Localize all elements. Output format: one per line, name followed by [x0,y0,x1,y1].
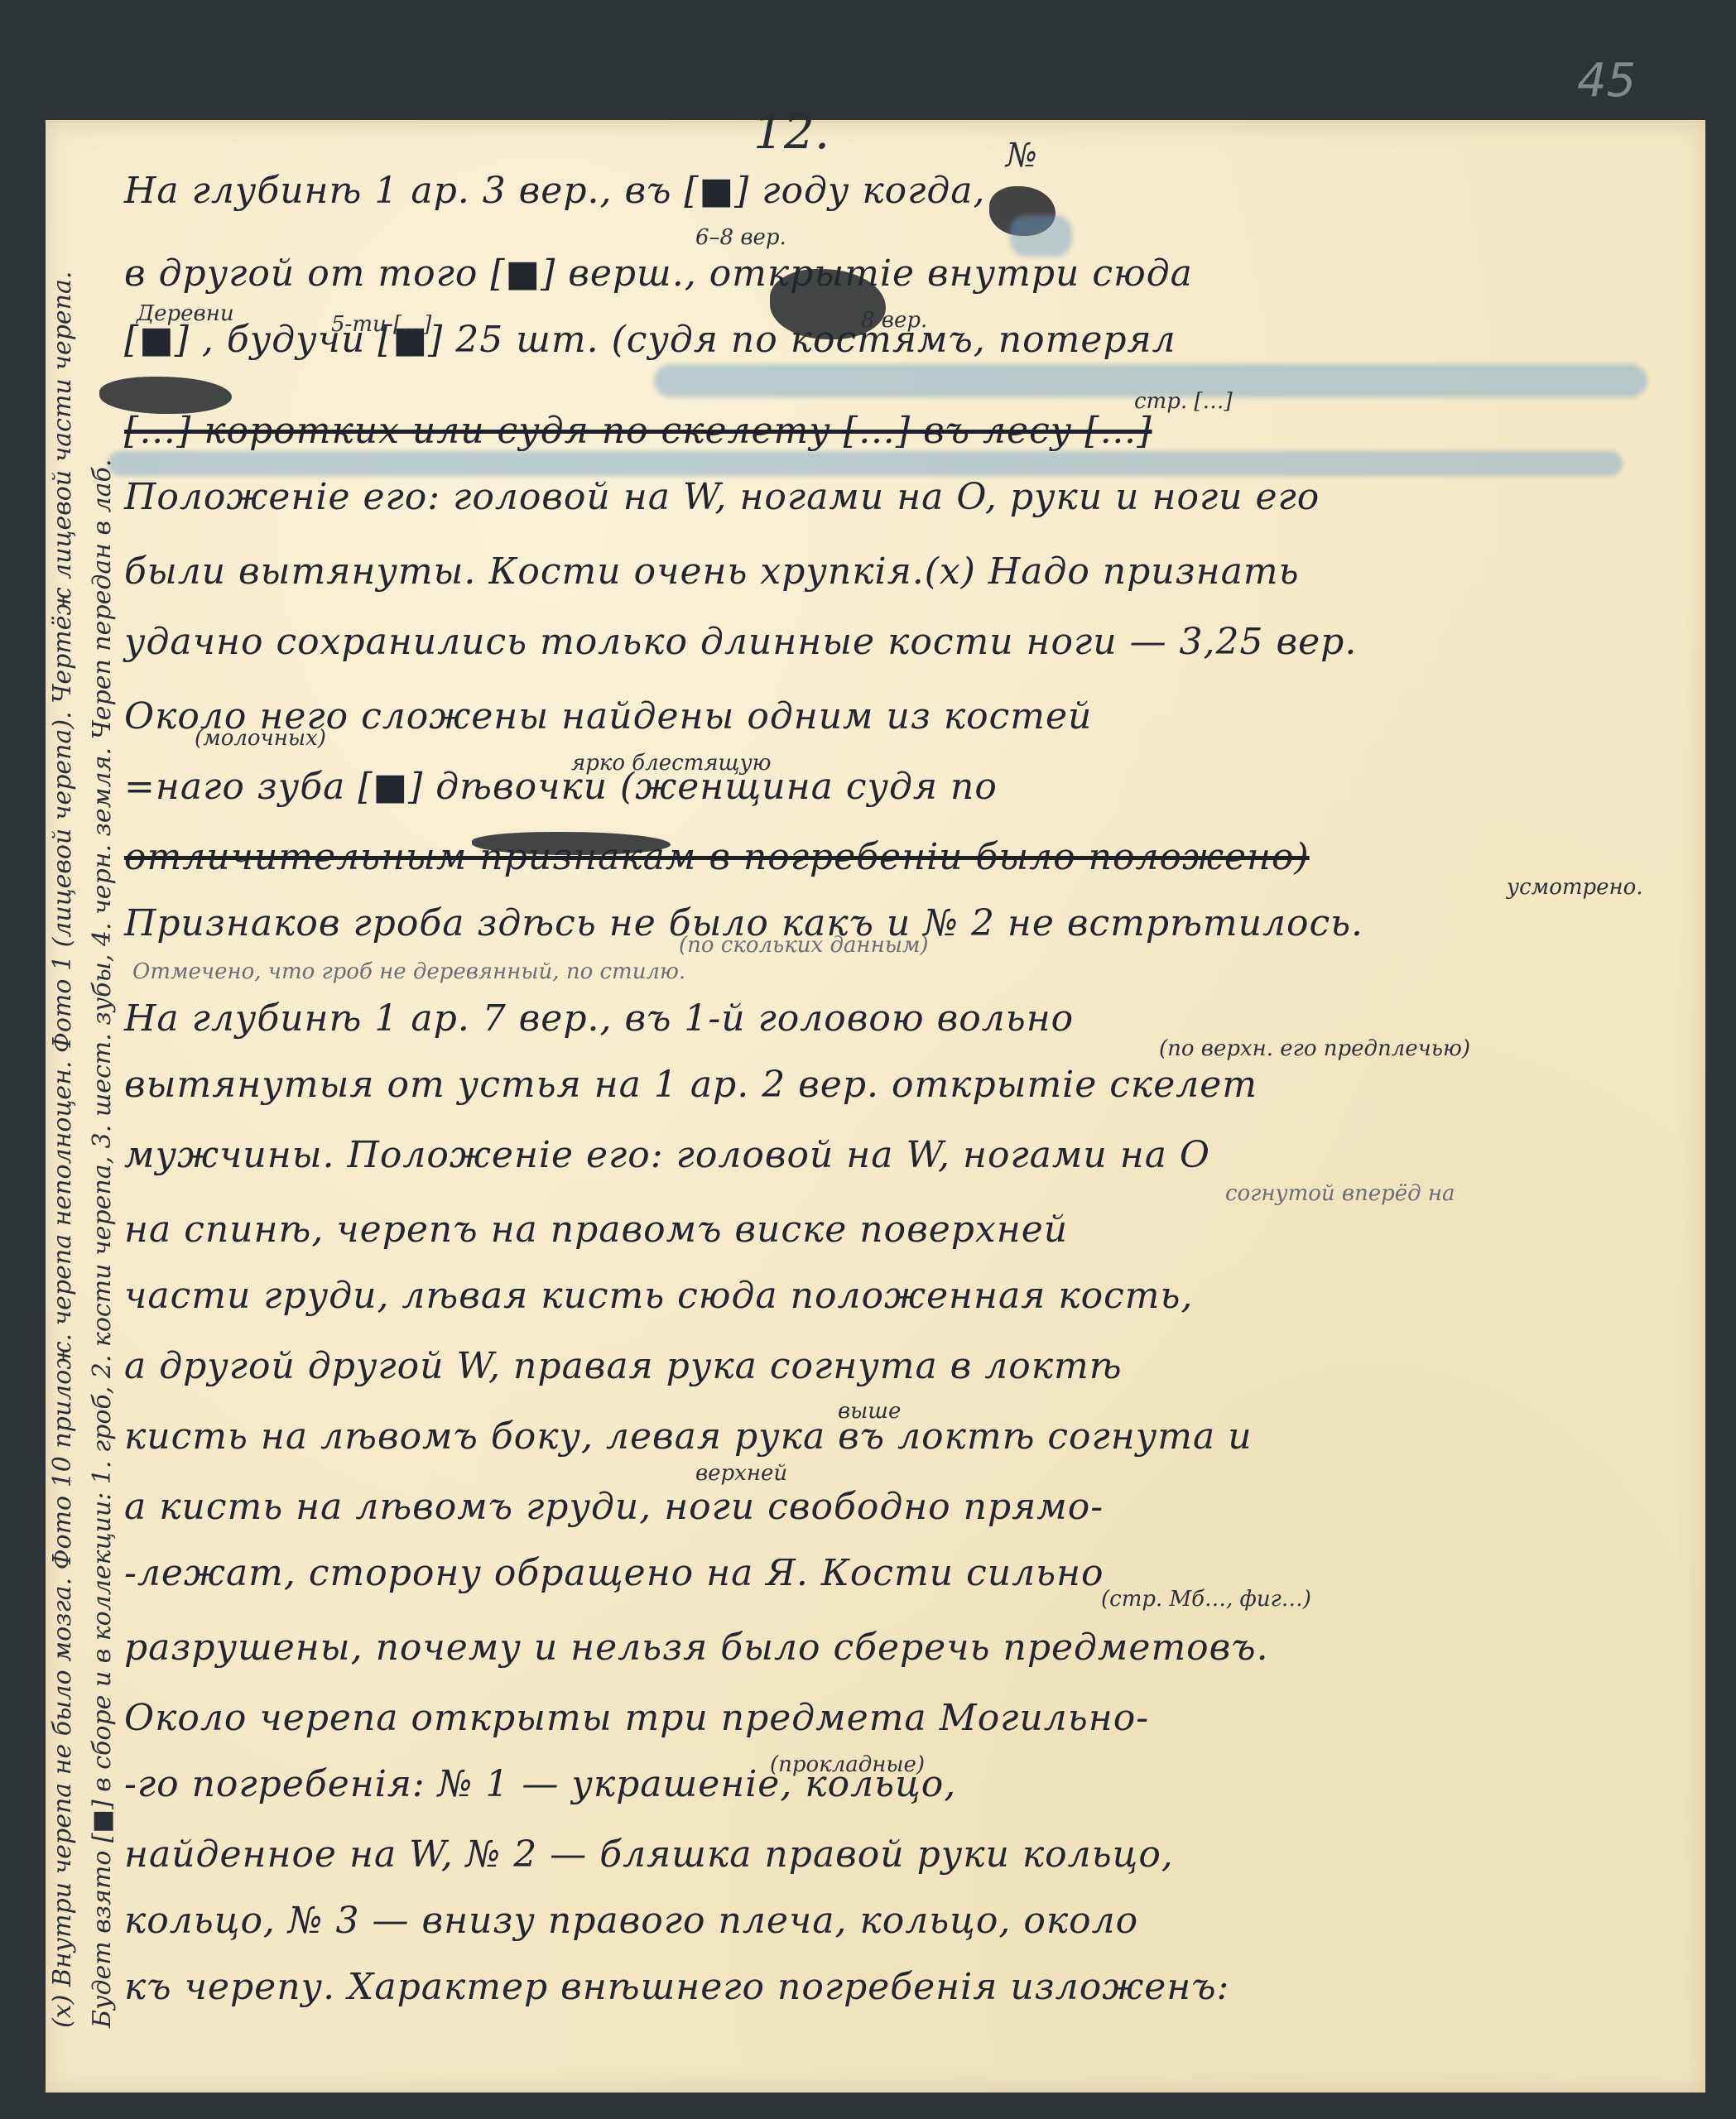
manuscript-line: кисть на лѣвомъ боку, левая рука въ локт… [124,1415,1681,1458]
interlinear-insert: (по верхн. его предплечью) [1159,1036,1470,1061]
manuscript-line: На глубинѣ 1 ар. 3 вер., въ [■] году ког… [124,170,1681,212]
manuscript-line: къ черепу. Характер внѣшнего погребенія … [124,1966,1681,2008]
manuscript-line: =наго зуба [■] дѣвочки (женщина судя по [124,766,1681,808]
page-number: 12. [753,103,830,160]
manuscript-line: Положеніе его: головой на W, ногами на O… [124,476,1681,518]
manuscript-line: вытянутыя от устья на 1 ар. 2 вер. откры… [124,1064,1681,1106]
manuscript-line: на спинѣ, черепъ на правомъ виске поверх… [124,1208,1681,1251]
margin-note-line: (х) Внутри черепа не было мозга. Фото 10… [43,141,83,2028]
manuscript-line: найденное на W, № 2 — бляшка правой руки… [124,1833,1681,1876]
manuscript-line: а кисть на лѣвомъ груди, ноги свободно п… [124,1486,1681,1528]
manuscript-line: разрушены, почему и нельзя было сберечь … [124,1626,1681,1669]
blue-pencil-smudge [1010,215,1072,257]
interlinear-insert: усмотрено. [1507,875,1643,900]
manuscript-line: части груди, лѣвая кисть сюда положенная… [124,1275,1681,1317]
manuscript-line: а другой другой W, правая рука согнута в… [124,1345,1681,1387]
interlinear-insert: (стр. Мб…, фиг…) [1101,1587,1311,1612]
manuscript-line: […] коротких или судя по скелету […] въ … [124,410,1681,452]
interlinear-insert: стр. […] [1134,389,1233,414]
manuscript-line: в другой от того [■] верш., открытіе вну… [124,252,1681,295]
manuscript-line: отличительным признакам в погребеніи был… [124,836,1681,878]
blue-pencil-smudge [108,451,1623,476]
archive-folio-number: 45 [1577,54,1636,108]
interlinear-insert: верхней [695,1461,787,1486]
manuscript-line: удачно сохранились только длинные кости … [124,621,1681,663]
interlinear-insert: Отмечено, что гроб не деревянный, по сти… [132,959,685,984]
interlinear-insert: 6–8 вер. [695,225,786,250]
manuscript-line: -лежат, сторону обращено на Я. Кости сил… [124,1552,1681,1594]
interlinear-insert: (молочных) [195,726,326,751]
vertical-margin-footnote: (х) Внутри черепа не было мозга. Фото 10… [43,141,123,2028]
manuscript-line: На глубинѣ 1 ар. 7 вер., въ 1-й головою … [124,997,1681,1040]
interlinear-insert: (по скольких данным) [679,933,929,958]
interlinear-insert: 5-ти […] [331,312,431,337]
manuscript-line: были вытянуты. Кости очень хрупкія.(х) Н… [124,550,1681,593]
interlinear-insert: ярко блестящую [571,751,772,776]
interlinear-insert: Деревни [137,301,234,326]
interlinear-insert: 8 вер. [861,308,927,333]
interlinear-insert: (прокладные) [770,1752,925,1777]
interlinear-insert: согнутой вперёд на [1225,1181,1455,1206]
manuscript-line: кольцо, № 3 — внизу правого плеча, кольц… [124,1900,1681,1942]
manuscript-line: Около черепа открыты три предмета Могиль… [124,1697,1681,1739]
manuscript-line: Около него сложены найдены одним из кост… [124,695,1681,738]
manuscript-line: мужчины. Положеніе его: головой на W, но… [124,1134,1681,1176]
interlinear-insert: выше [838,1399,901,1424]
margin-note-line: Будет взято [■] в сборе и в коллекции: 1… [83,141,123,2028]
